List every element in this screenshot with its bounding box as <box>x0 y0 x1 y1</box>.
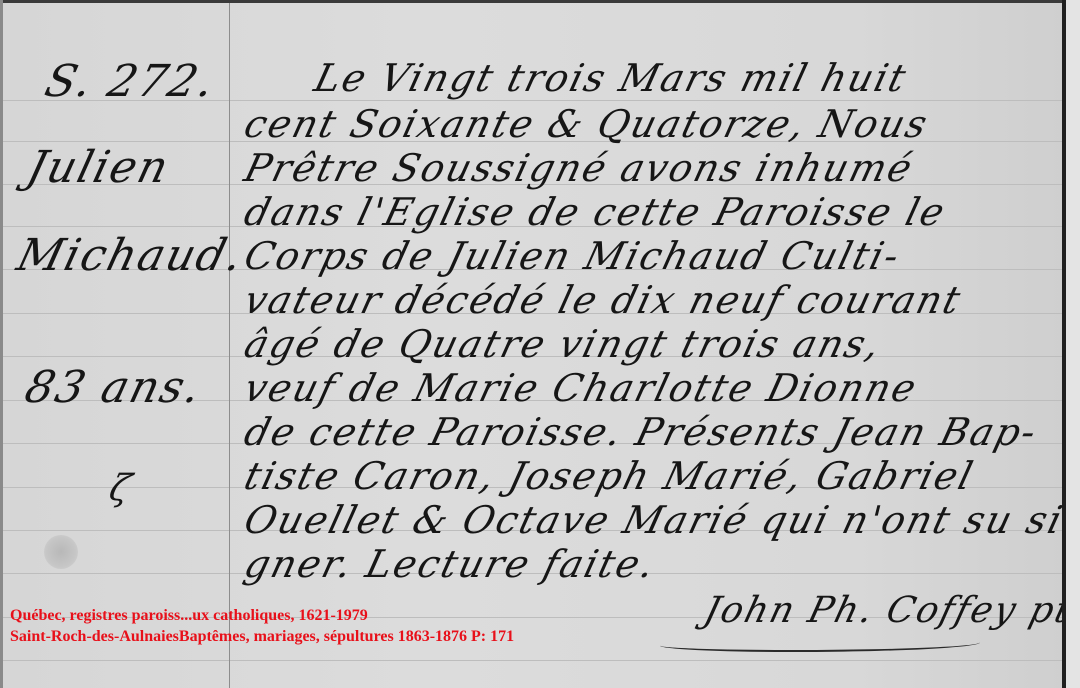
register-page: S. 272. Julien Michaud. 83 ans. ζ Le Vin… <box>0 0 1064 688</box>
entry-number: S. 272. <box>40 56 221 107</box>
paper-stain <box>44 535 78 569</box>
body-line-3: Prêtre Soussigné avons inhumé <box>240 146 918 190</box>
body-line-11: Ouellet & Octave Marié qui n'ont su si- <box>240 498 1064 542</box>
priest-signature: John Ph. Coffey ptre <box>700 590 1064 631</box>
margin-given-name: Julien <box>22 142 175 193</box>
body-line-10: tiste Caron, Joseph Marié, Gabriel <box>240 454 979 498</box>
body-line-9: de cette Paroisse. Présents Jean Bap- <box>240 410 1042 454</box>
body-line-5: Corps de Julien Michaud Culti- <box>240 234 905 278</box>
margin-column-divider <box>229 0 230 688</box>
page-top-edge <box>0 0 1080 3</box>
body-line-4: dans l'Eglise de cette Paroisse le <box>240 190 951 234</box>
body-line-1: Le Vingt trois Mars mil huit <box>310 56 912 100</box>
margin-surname: Michaud. <box>12 230 250 281</box>
margin-mark: ζ <box>105 468 137 509</box>
body-line-2: cent Soixante & Quatorze, Nous <box>240 102 933 146</box>
body-line-6: vateur décédé le dix neuf courant <box>240 278 967 322</box>
source-caption-line-1: Québec, registres paroiss...ux catholiqu… <box>10 607 368 625</box>
signature-flourish <box>660 636 980 652</box>
body-line-8: veuf de Marie Charlotte Dionne <box>240 366 922 410</box>
page-left-edge <box>0 0 3 688</box>
body-line-12: gner. Lecture faite. <box>240 542 661 586</box>
source-caption-line-2: Saint-Roch-des-AulnaiesBaptêmes, mariage… <box>10 628 514 646</box>
margin-age: 83 ans. <box>20 362 208 413</box>
ruled-line <box>0 660 1062 661</box>
adjacent-page-edge <box>1066 0 1080 688</box>
body-line-7: âgé de Quatre vingt trois ans, <box>240 322 886 366</box>
